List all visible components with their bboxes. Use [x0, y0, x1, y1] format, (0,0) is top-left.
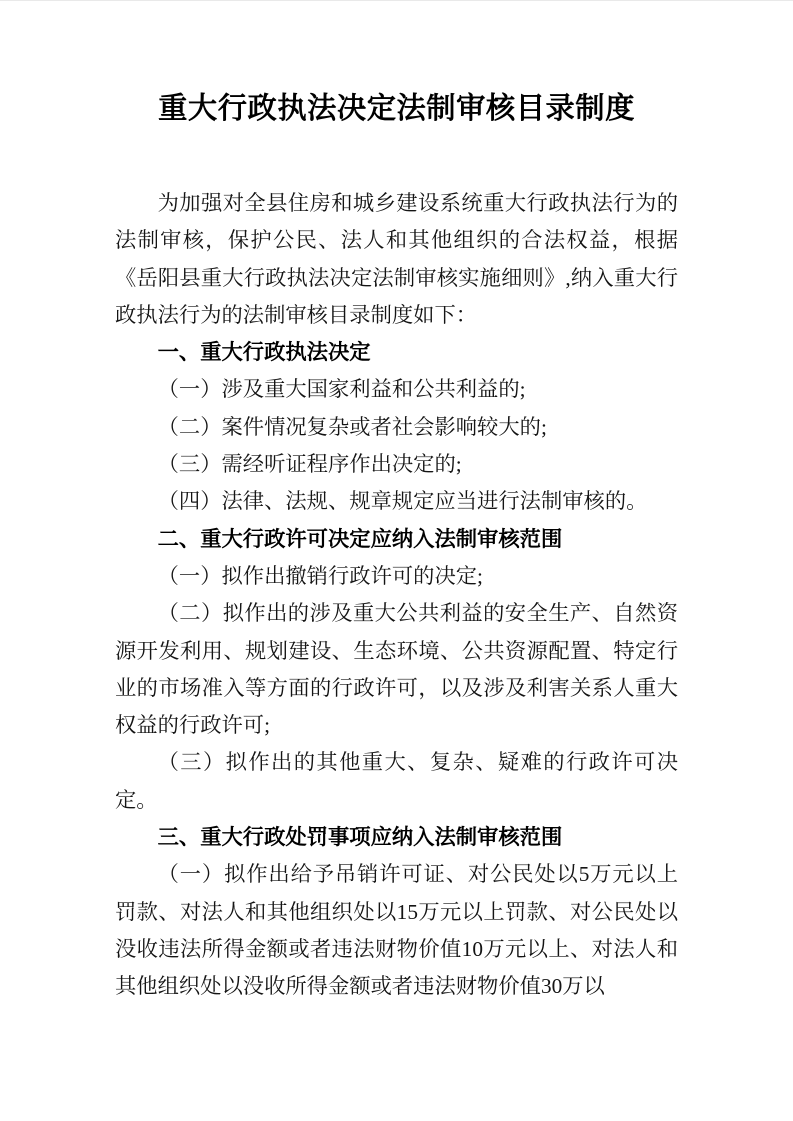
section-3-item-1: （一）拟作出给予吊销许可证、对公民处以5万元以上罚款、对法人和其他组织处以15万… [115, 856, 678, 1005]
section-2-item-1: （一）拟作出撤销行政许可的决定; [115, 558, 678, 595]
document-title-text: 重大行政执法决定法制审核目录制度 [158, 92, 635, 125]
section-1-item-3: （三）需经听证程序作出决定的; [115, 446, 678, 483]
document-page: 重大行政执法决定法制审核目录制度 为加强对全县住房和城乡建设系统重大行政执法行为… [0, 0, 793, 1121]
section-1-item-1: （一）涉及重大国家利益和公共利益的; [115, 371, 678, 408]
section-2-item-2: （二）拟作出的涉及重大公共利益的安全生产、自然资源开发利用、规划建设、生态环境、… [115, 595, 678, 744]
intro-paragraph: 为加强对全县住房和城乡建设系统重大行政执法行为的法制审核，保护公民、法人和其他组… [115, 185, 678, 334]
document-body: 为加强对全县住房和城乡建设系统重大行政执法行为的法制审核，保护公民、法人和其他组… [115, 185, 678, 1006]
section-1-item-2: （二）案件情况复杂或者社会影响较大的; [115, 409, 678, 446]
section-1-item-4: （四）法律、法规、规章规定应当进行法制审核的。 [115, 483, 678, 520]
section-2-heading: 二、重大行政许可决定应纳入法制审核范围 [115, 521, 678, 558]
section-1-heading: 一、重大行政执法决定 [115, 334, 678, 371]
document-title: 重大行政执法决定法制审核目录制度 [115, 87, 678, 131]
section-3-heading: 三、重大行政处罚事项应纳入法制审核范围 [115, 819, 678, 856]
section-2-item-3: （三）拟作出的其他重大、复杂、疑难的行政许可决定。 [115, 744, 678, 819]
